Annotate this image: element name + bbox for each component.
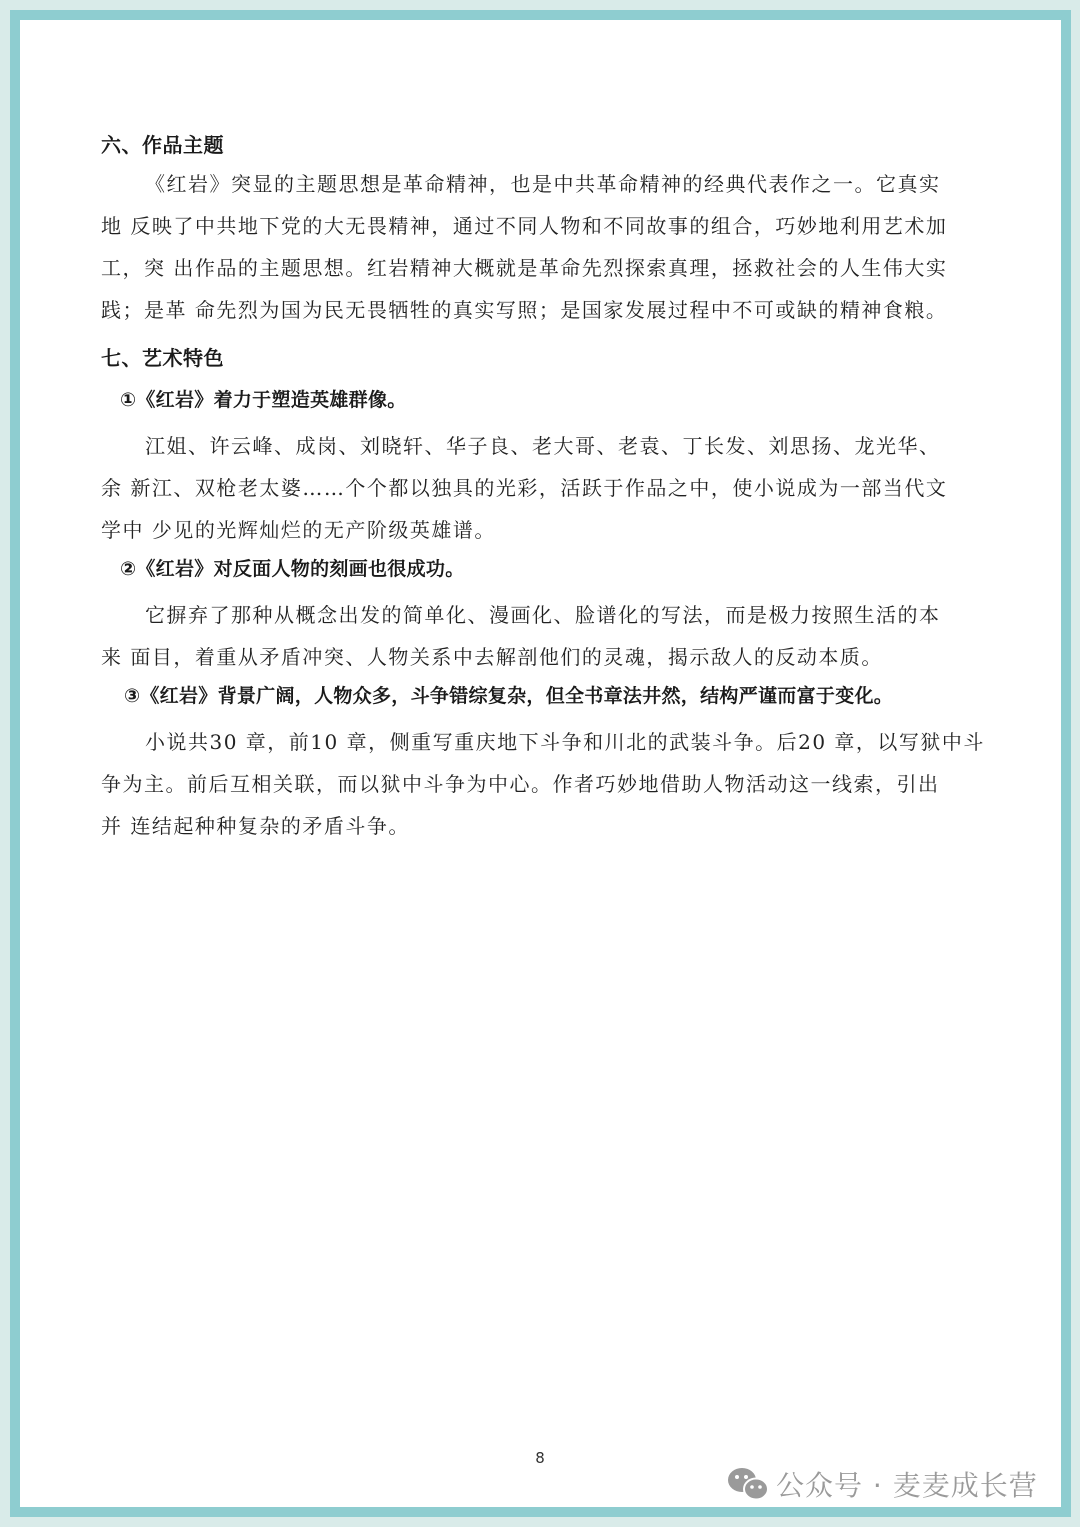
wechat-icon xyxy=(726,1466,770,1502)
watermark: 公众号 · 麦麦成长营 xyxy=(726,1464,1038,1504)
paragraph-line: 《红岩》突显的主题思想是革命精神，也是中共革命精神的经典代表作之一。它真实 xyxy=(145,170,941,198)
paragraph-line: 学中 少见的光辉灿烂的无产阶级英雄谱。 xyxy=(101,516,496,544)
paragraph-line: 它摒弃了那种从概念出发的简单化、漫画化、脸谱化的写法，而是极力按照生活的本 xyxy=(145,601,941,629)
point-title-2: ②《红岩》对反面人物的刻画也很成功。 xyxy=(120,555,465,583)
paragraph-line: 争为主。前后互相关联，而以狱中斗争为中心。作者巧妙地借助人物活动这一线索，引出 xyxy=(101,770,940,798)
paragraph-line: 江姐、许云峰、成岗、刘晓轩、华子良、老大哥、老袁、丁长发、刘思扬、龙光华、 xyxy=(145,432,941,460)
section-heading-theme: 六、作品主题 xyxy=(101,131,224,159)
paragraph-line: 余 新江、双枪老太婆……个个都以独具的光彩，活跃于作品之中，使小说成为一部当代文 xyxy=(101,474,947,502)
paragraph-line: 地 反映了中共地下党的大无畏精神，通过不同人物和不同故事的组合，巧妙地利用艺术加 xyxy=(101,212,947,240)
paragraph-line: 小说共30 章，前10 章，侧重写重庆地下斗争和川北的武装斗争。后20 章，以写… xyxy=(145,728,985,756)
document-page xyxy=(20,20,1061,1507)
point-title-3: ③《红岩》背景广阔，人物众多，斗争错综复杂，但全书章法井然，结构严谨而富于变化。 xyxy=(124,682,893,710)
paragraph-line: 工，突 出作品的主题思想。红岩精神大概就是革命先烈探索真理，拯救社会的人生伟大实 xyxy=(101,254,947,282)
paragraph-line: 并 连结起种种复杂的矛盾斗争。 xyxy=(101,812,410,840)
paragraph-line: 践；是革 命先烈为国为民无畏牺牲的真实写照；是国家发展过程中不可或缺的精神食粮。 xyxy=(101,296,947,324)
point-title-1: ①《红岩》着力于塑造英雄群像。 xyxy=(120,386,407,414)
paragraph-line: 来 面目，着重从矛盾冲突、人物关系中去解剖他们的灵魂，揭示敌人的反动本质。 xyxy=(101,643,883,671)
section-heading-art: 七、艺术特色 xyxy=(101,344,224,372)
watermark-text: 公众号 · 麦麦成长营 xyxy=(776,1464,1038,1504)
